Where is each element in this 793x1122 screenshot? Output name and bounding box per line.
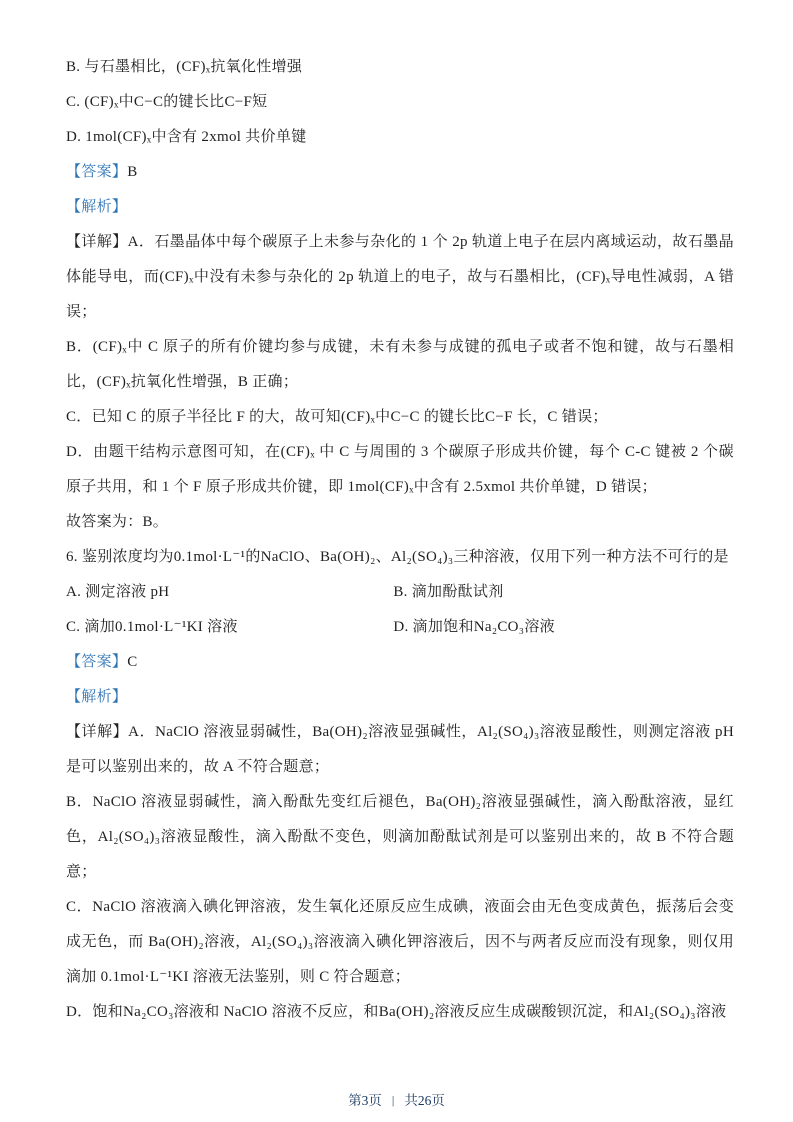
q6-option-d: D. 滴加饱和Na₂CO₃溶液 — [393, 610, 734, 645]
q5-option-b: B. 与石墨相比，(CF)ₓ抗氧化性增强 — [66, 50, 734, 85]
q6-options-grid: A. 测定溶液 pH B. 滴加酚酞试剂 C. 滴加0.1mol·L⁻¹KI 溶… — [66, 575, 734, 645]
q5-conclusion: 故答案为：B。 — [66, 505, 734, 540]
q6-detail-a: 【详解】A．NaClO 溶液显弱碱性，Ba(OH)₂溶液显强碱性，Al₂(SO₄… — [66, 715, 734, 785]
q5-answer-line: 【答案】B — [66, 155, 734, 190]
q5-option-d: D. 1mol(CF)ₓ中含有 2xmol 共价单键 — [66, 120, 734, 155]
q5-analysis-label: 【解析】 — [66, 199, 127, 215]
q6-analysis-label: 【解析】 — [66, 689, 127, 705]
q6-detail-b: B．NaClO 溶液显弱碱性，滴入酚酞先变红后褪色，Ba(OH)₂溶液显强碱性，… — [66, 785, 734, 890]
footer-page-number: 第3页 — [348, 1089, 382, 1109]
q6-detail-c: C．NaClO 溶液滴入碘化钾溶液，发生氧化还原反应生成碘，液面会由无色变成黄色… — [66, 890, 734, 995]
q6-option-a: A. 测定溶液 pH — [66, 575, 393, 610]
q5-answer-value: B — [127, 164, 137, 180]
q6-option-c: C. 滴加0.1mol·L⁻¹KI 溶液 — [66, 610, 393, 645]
q5-detail-c: C．已知 C 的原子半径比 F 的大，故可知(CF)ₓ中C−C 的键长比C−F … — [66, 400, 734, 435]
q5-detail-b: B．(CF)ₓ中 C 原子的所有价键均参与成键，未有未参与成键的孤电子或者不饱和… — [66, 330, 734, 400]
q6-answer-value: C — [127, 654, 137, 670]
q6-analysis-line: 【解析】 — [66, 680, 734, 715]
q5-option-c: C. (CF)ₓ中C−C的键长比C−F短 — [66, 85, 734, 120]
q6-stem: 6. 鉴别浓度均为0.1mol·L⁻¹的NaClO、Ba(OH)₂、Al₂(SO… — [66, 540, 734, 575]
q5-detail-a: 【详解】A．石墨晶体中每个碳原子上未参与杂化的 1 个 2p 轨道上电子在层内离… — [66, 225, 734, 330]
q5-analysis-line: 【解析】 — [66, 190, 734, 225]
footer-separator: | — [392, 1093, 394, 1108]
exam-answer-document-page: B. 与石墨相比，(CF)ₓ抗氧化性增强 C. (CF)ₓ中C−C的键长比C−F… — [0, 0, 793, 1122]
q6-option-b: B. 滴加酚酞试剂 — [393, 575, 734, 610]
q6-detail-d: D．饱和Na₂CO₃溶液和 NaClO 溶液不反应，和Ba(OH)₂溶液反应生成… — [66, 995, 734, 1030]
q6-answer-label: 【答案】 — [66, 654, 127, 670]
page-footer: 第3页 | 共26页 — [0, 1089, 793, 1109]
q5-detail-d: D．由题干结构示意图可知，在(CF)ₓ 中 C 与周围的 3 个碳原子形成共价键… — [66, 435, 734, 505]
page-content: B. 与石墨相比，(CF)ₓ抗氧化性增强 C. (CF)ₓ中C−C的键长比C−F… — [66, 50, 734, 1030]
footer-page-total: 共26页 — [404, 1089, 445, 1109]
q6-answer-line: 【答案】C — [66, 645, 734, 680]
q5-answer-label: 【答案】 — [66, 164, 127, 180]
